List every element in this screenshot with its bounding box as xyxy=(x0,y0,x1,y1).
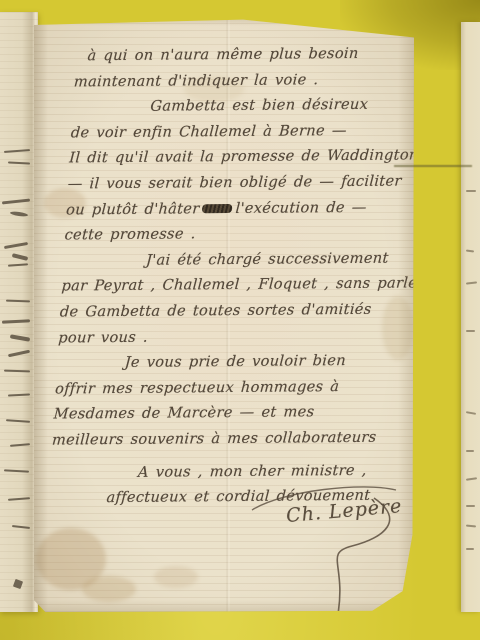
letter-page: à qui on n'aura même plus besoin mainten… xyxy=(34,16,414,612)
handwriting-fragment xyxy=(8,393,30,396)
handwriting-fragment xyxy=(466,450,474,452)
letter-line: maintenant d'indiquer la voie . xyxy=(73,66,413,95)
handwriting-fragment xyxy=(466,330,475,332)
facing-page-left-edge xyxy=(0,12,38,612)
handwriting-fragment xyxy=(13,579,23,589)
handwriting-fragment xyxy=(6,300,30,303)
letter-line: J'ai été chargé successivement xyxy=(145,245,402,273)
foxing-stain xyxy=(82,576,136,602)
handwriting-fragment xyxy=(10,334,30,341)
handwriting-fragment xyxy=(466,411,476,415)
signature-block: Ch. Lepère xyxy=(234,468,414,618)
handwriting-fragment xyxy=(2,199,30,205)
handwriting-fragment xyxy=(8,350,30,358)
letter-line: — il vous serait bien obligé de — facili… xyxy=(67,168,407,197)
letter-line: ou plutôt d'hâterl'exécution de — xyxy=(65,194,405,223)
handwriting-fragment xyxy=(4,469,29,472)
handwriting-fragment xyxy=(4,149,30,153)
handwriting-fragment xyxy=(10,211,28,217)
handwriting-fragment xyxy=(8,161,30,164)
handwriting-fragment xyxy=(2,319,30,323)
letter-line: Je vous prie de vouloir bien xyxy=(124,348,396,376)
letter-line: Mesdames de Marcère — et mes xyxy=(53,399,393,428)
letter-text: à qui on n'aura même plus besoin mainten… xyxy=(48,40,415,511)
handwriting-fragment xyxy=(466,281,477,284)
handwriting-fragment xyxy=(6,419,30,423)
stray-ink-line xyxy=(394,165,472,167)
letter-line: de Gambetta de toutes sortes d'amitiés xyxy=(59,296,399,325)
letter-line: cette promesse . xyxy=(64,220,404,249)
letter-line: Il dit qu'il avait la promesse de Waddin… xyxy=(68,143,408,172)
handwriting-fragment xyxy=(4,242,28,249)
handwriting-fragment xyxy=(12,525,30,529)
handwriting-fragment xyxy=(466,249,474,252)
handwriting-fragment xyxy=(12,253,28,261)
letter-line: de voir enfin Challemel à Berne — xyxy=(70,117,410,146)
handwriting-fragment xyxy=(4,370,30,373)
handwriting-fragment xyxy=(466,548,474,550)
photograph-of-handwritten-letter: à qui on n'aura même plus besoin mainten… xyxy=(0,0,480,640)
handwriting-fragment xyxy=(8,497,30,501)
foxing-stain xyxy=(154,566,198,588)
letter-line: par Peyrat , Challemel , Floquet , sans … xyxy=(61,271,401,300)
letter-line: offrir mes respectueux hommages à xyxy=(54,373,394,402)
letter-line: à qui on n'aura même plus besoin xyxy=(87,40,415,68)
letter-line: meilleurs souvenirs à mes collaborateurs xyxy=(51,425,391,454)
letter-line: pour vous . xyxy=(58,322,398,351)
handwriting-fragment xyxy=(8,263,28,266)
line-text: ou plutôt d'hâter xyxy=(66,200,200,218)
handwriting-fragment xyxy=(466,524,476,527)
line-text: l'exécution de — xyxy=(235,198,367,216)
handwriting-fragment xyxy=(466,505,475,507)
handwriting-fragment xyxy=(10,443,30,447)
adjacent-sheet-right-edge xyxy=(461,22,480,612)
crossed-out-word xyxy=(202,204,233,213)
letter-line: Gambetta est bien désireux xyxy=(150,92,412,120)
signature-flourish xyxy=(234,468,414,618)
handwriting-fragment xyxy=(466,190,476,192)
handwriting-fragment xyxy=(466,477,477,481)
